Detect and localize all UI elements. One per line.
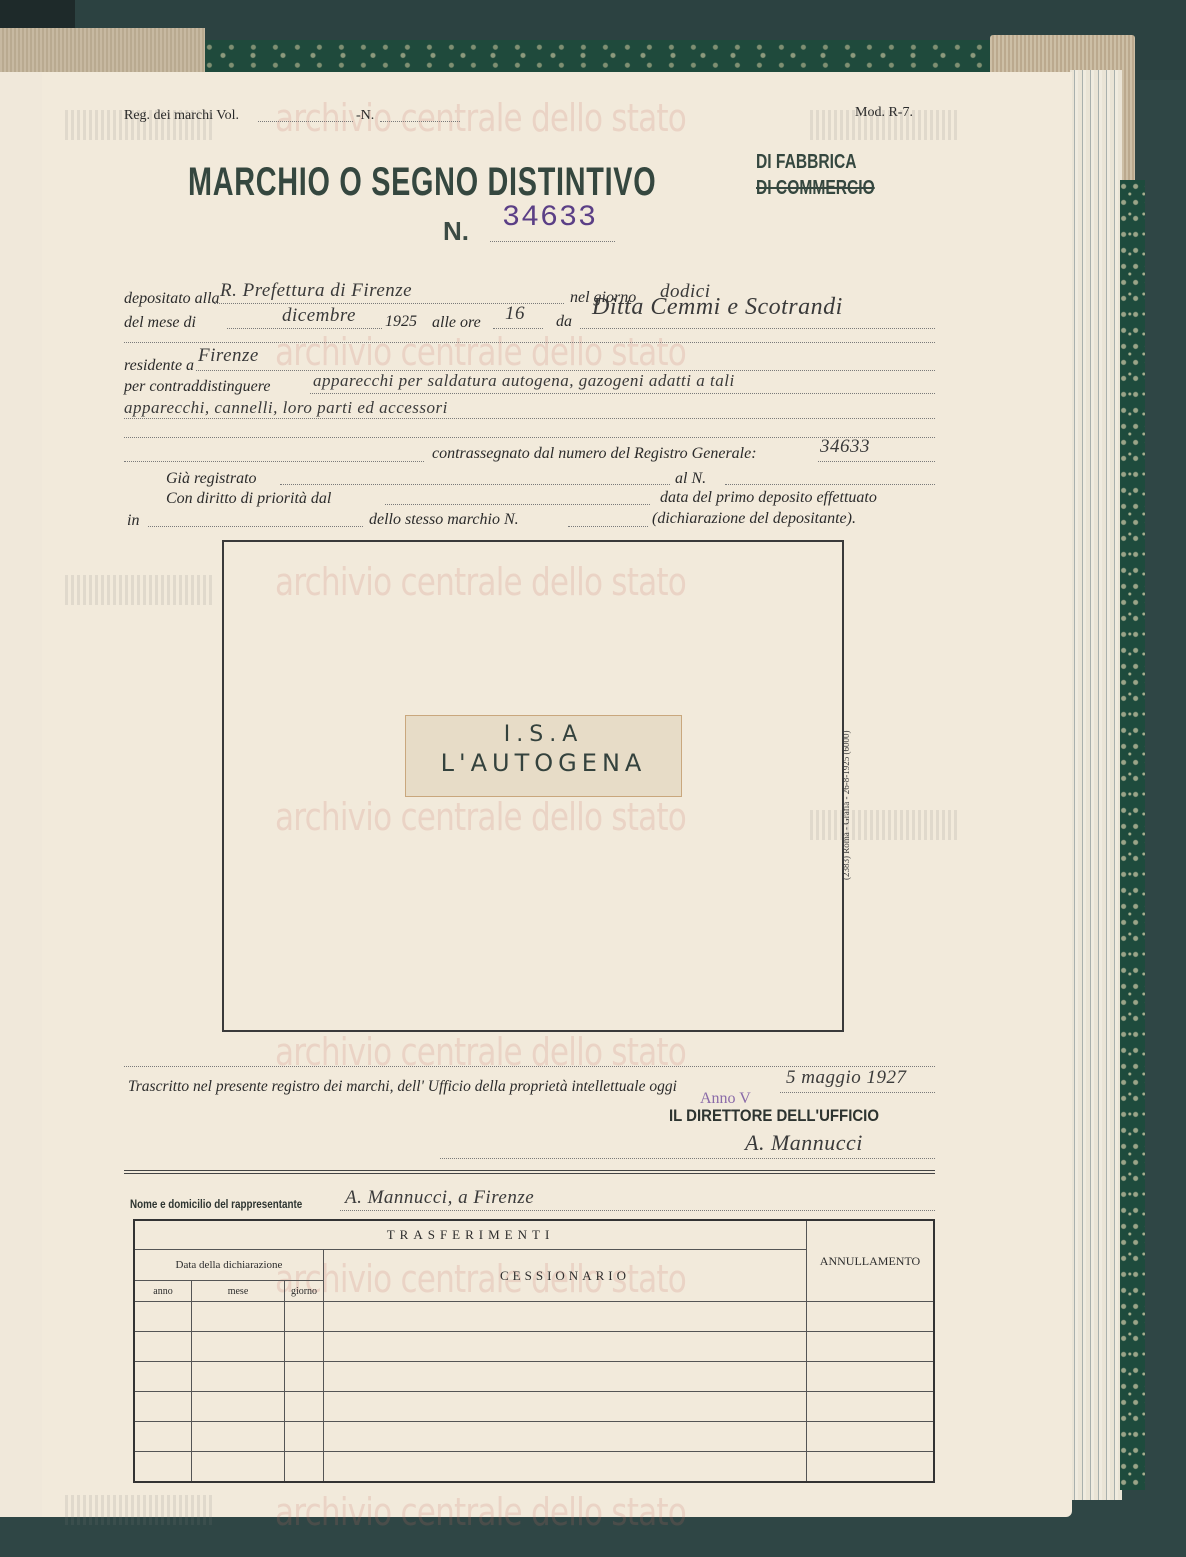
mark-number-line — [490, 241, 615, 242]
table-row — [134, 1362, 934, 1392]
registry-number-line — [818, 461, 935, 462]
mark-label-clipping: I.S.A L'AUTOGENA — [405, 715, 682, 797]
page-title: MARCHIO O SEGNO DISTINTIVO — [188, 160, 656, 205]
transcription-date: 5 maggio 1927 — [786, 1067, 907, 1089]
date-group-header: Data della dichiarazione — [134, 1250, 324, 1281]
printer-note: (2383) Roma - Grafia - 26-8-1925 (6000) — [841, 731, 851, 880]
annullamento-cell — [807, 1392, 935, 1422]
page-stack-edge — [1070, 70, 1122, 1500]
director-signature: A. Mannucci — [745, 1130, 863, 1156]
anno-cell — [134, 1392, 192, 1422]
table-row — [134, 1452, 934, 1483]
annullamento-cell — [807, 1452, 935, 1483]
month-value: dicembre — [282, 305, 356, 327]
annullamento-cell — [807, 1302, 935, 1332]
purpose-label: per contraddistinguere — [124, 378, 271, 396]
anno-cell — [134, 1362, 192, 1392]
month-label: del mese di — [124, 314, 196, 332]
type-fabbrica: DI FABBRICA — [756, 151, 857, 174]
giorno-cell — [285, 1392, 324, 1422]
already-registered-line — [280, 484, 670, 485]
transcription-date-line — [780, 1092, 935, 1093]
cessionario-cell — [324, 1332, 807, 1362]
table-row — [134, 1422, 934, 1452]
model-number: Mod. R-7. — [855, 105, 913, 121]
purpose-line-1: apparecchi per saldatura autogena, gazog… — [313, 371, 735, 391]
volume-field — [258, 121, 353, 122]
giorno-cell — [285, 1302, 324, 1332]
separator-line — [124, 1173, 935, 1174]
hour-value: 16 — [505, 303, 525, 325]
number-label: N. — [443, 216, 469, 247]
year-value: 1925 — [385, 313, 417, 331]
priority-line — [385, 504, 650, 505]
in-line — [148, 526, 363, 527]
cessionario-cell — [324, 1392, 807, 1422]
register-number-label: -N. — [356, 108, 374, 124]
residence-value: Firenze — [198, 345, 259, 367]
mese-cell — [192, 1422, 285, 1452]
transcription-label: Trascritto nel presente registro dei mar… — [128, 1078, 677, 1096]
cessionario-cell — [324, 1452, 807, 1483]
annullamento-cell — [807, 1422, 935, 1452]
first-deposit-label: data del primo deposito effettuato — [660, 489, 877, 507]
table-row — [134, 1392, 934, 1422]
marbled-cover-top — [205, 40, 995, 75]
watermark-logo — [65, 575, 215, 605]
anno-header: anno — [134, 1281, 192, 1302]
marbled-cover-right — [1120, 180, 1145, 1490]
watermark: archivio centrale dello stato — [275, 1030, 686, 1074]
cessionario-cell — [324, 1362, 807, 1392]
transfers-table: TRASFERIMENTI ANNULLAMENTO Data della di… — [133, 1219, 935, 1483]
applicant-value: Ditta Cemmi e Scotrandi — [592, 294, 843, 321]
al-n-line — [725, 484, 935, 485]
same-mark-line — [568, 526, 648, 527]
previous-page-edge — [0, 72, 47, 1517]
giorno-header: giorno — [285, 1281, 324, 1302]
giorno-cell — [285, 1362, 324, 1392]
anno-cell — [134, 1452, 192, 1483]
annullamento-header: ANNULLAMENTO — [807, 1220, 935, 1302]
in-label: in — [127, 512, 139, 530]
register-number-field — [380, 121, 460, 122]
director-label: IL DIRETTORE DELL'UFFICIO — [669, 1106, 879, 1126]
registry-number: 34633 — [820, 436, 870, 458]
transfers-title: TRASFERIMENTI — [134, 1220, 807, 1250]
register-volume-label: Reg. dei marchi Vol. — [124, 108, 239, 124]
already-registered-label: Già registrato — [166, 470, 257, 488]
mese-header: mese — [192, 1281, 285, 1302]
hour-label: alle ore — [432, 314, 481, 332]
purpose-underline-1 — [310, 393, 935, 394]
type-commercio-struck: DI COMMERCIO — [756, 177, 875, 200]
annullamento-cell — [807, 1362, 935, 1392]
representative-line — [340, 1210, 935, 1211]
hour-line — [493, 328, 543, 329]
registry-label: contrassegnato dal numero del Registro G… — [432, 445, 757, 463]
mark-number-stamp: 34633 — [502, 201, 597, 235]
registry-prefix-line — [124, 461, 424, 462]
office-value: R. Prefettura di Firenze — [220, 280, 412, 302]
by-label: da — [556, 313, 572, 331]
priority-label: Con diritto di priorità dal — [166, 490, 331, 508]
mese-cell — [192, 1362, 285, 1392]
applicant-line — [580, 328, 935, 329]
giorno-cell — [285, 1422, 324, 1452]
deposited-label: depositato alla — [124, 290, 220, 308]
table-row — [134, 1302, 934, 1332]
cloth-spine — [0, 28, 205, 73]
watermark: archivio centrale dello stato — [275, 96, 686, 140]
same-mark-label: dello stesso marchio N. — [369, 511, 519, 529]
anno-cell — [134, 1422, 192, 1452]
mese-cell — [192, 1302, 285, 1332]
mark-line-2: L'AUTOGENA — [406, 749, 681, 777]
mese-cell — [192, 1452, 285, 1483]
watermark-logo — [65, 1495, 215, 1525]
annullamento-cell — [807, 1332, 935, 1362]
al-n-label: al N. — [675, 470, 706, 488]
representative-label: Nome e domicilio del rappresentante — [130, 1197, 302, 1211]
representative-value: A. Mannucci, a Firenze — [345, 1187, 534, 1209]
watermark: archivio centrale dello stato — [275, 1490, 686, 1534]
cessionario-cell — [324, 1422, 807, 1452]
table-row — [134, 1332, 934, 1362]
giorno-cell — [285, 1332, 324, 1362]
cessionario-header: CESSIONARIO — [324, 1250, 807, 1302]
mark-line-1: I.S.A — [406, 722, 681, 747]
purpose-underline-2 — [124, 418, 935, 419]
separator-line — [124, 1170, 935, 1171]
month-line — [227, 328, 382, 329]
purpose-line-2: apparecchi, cannelli, loro parti ed acce… — [124, 398, 448, 418]
giorno-cell — [285, 1452, 324, 1483]
anno-cell — [134, 1302, 192, 1332]
signature-line — [440, 1158, 935, 1159]
cessionario-cell — [324, 1302, 807, 1332]
blank-line — [124, 342, 935, 343]
watermark: archivio centrale dello stato — [275, 330, 686, 374]
mese-cell — [192, 1392, 285, 1422]
residence-label: residente a — [124, 357, 194, 375]
mese-cell — [192, 1332, 285, 1362]
anno-cell — [134, 1332, 192, 1362]
declaration-label: (dichiarazione del depositante). — [652, 510, 856, 528]
blank-line — [124, 437, 935, 438]
